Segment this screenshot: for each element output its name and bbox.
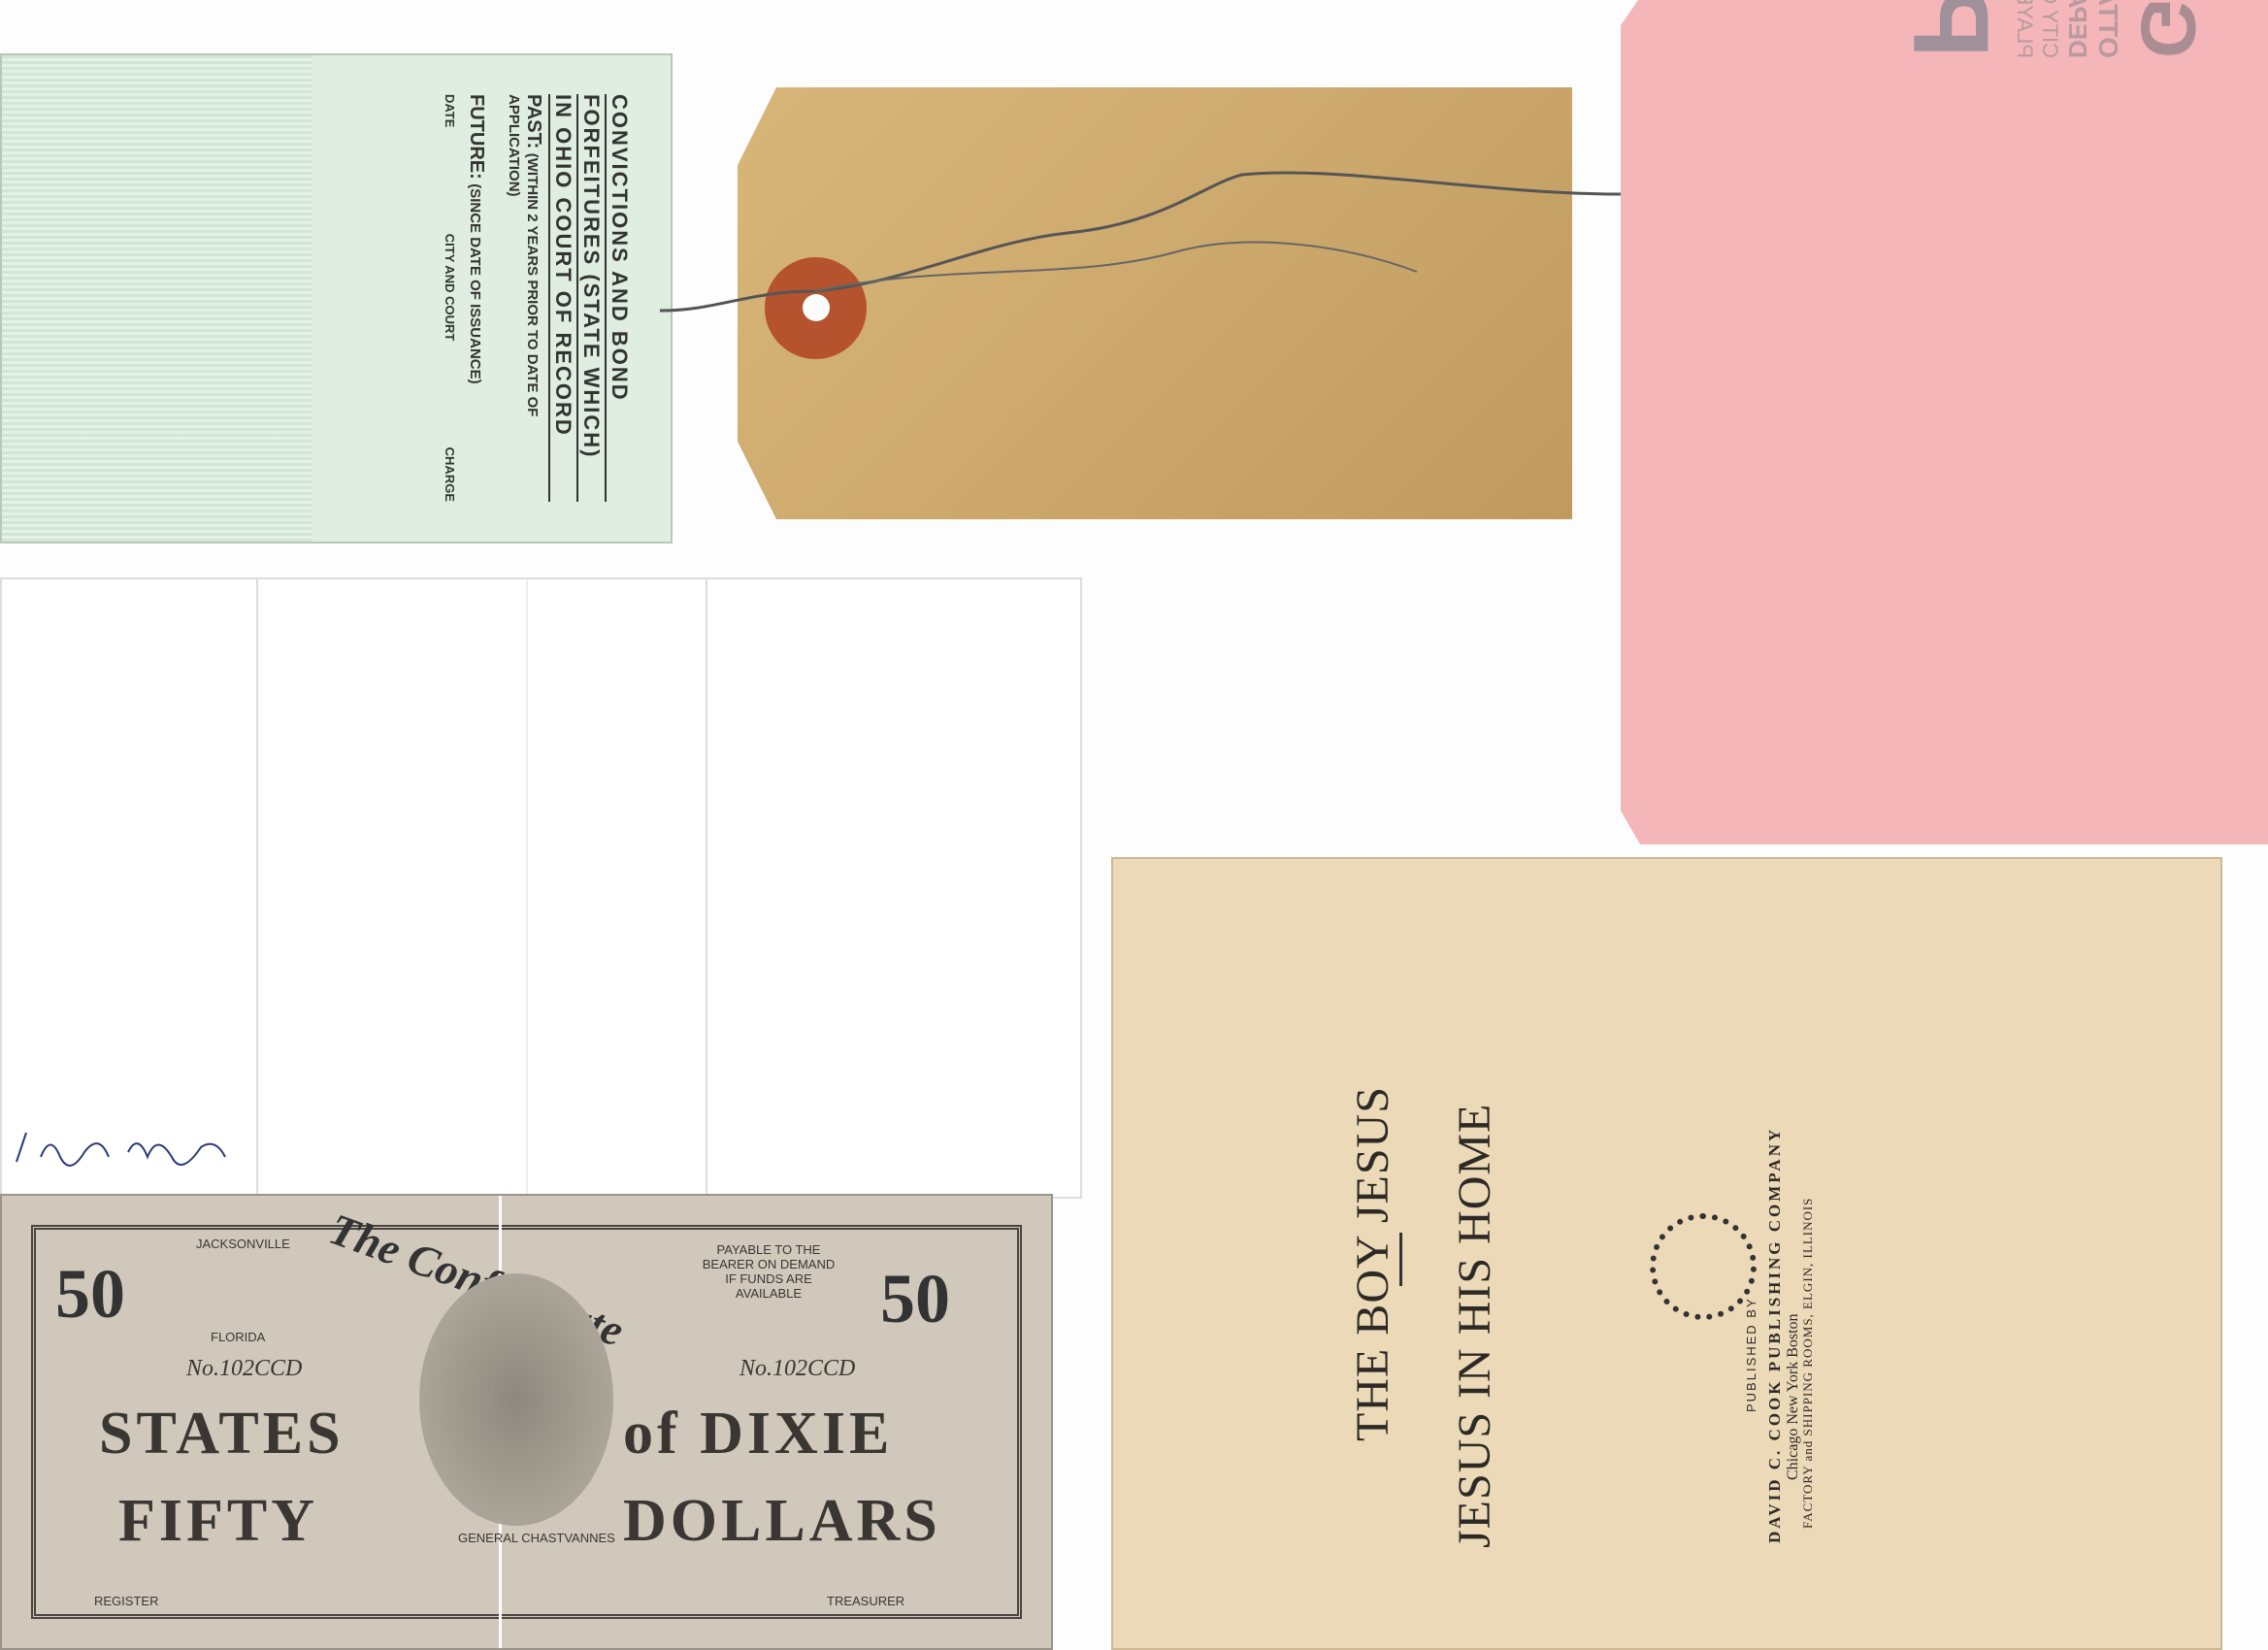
column-date: DATE xyxy=(443,94,457,127)
card-text-block: CONVICTIONS AND BOND FORFEITURES (STATE … xyxy=(371,94,633,502)
paid-stamp: PAID xyxy=(1889,0,2012,58)
treasurer-label: TREASURER xyxy=(827,1594,904,1608)
handwritten-signature xyxy=(12,1123,245,1181)
receipt-title: GOLF PERMIT xyxy=(2123,0,2213,58)
column-city-court: CITY AND COURT xyxy=(443,234,457,342)
past-label: PAST: xyxy=(523,94,544,148)
portrait-caption: GENERAL CHASTVANNES xyxy=(458,1531,615,1545)
future-label: FUTURE: xyxy=(466,94,487,180)
receipt-issuer-3: DEPARTMENT OF PUBLIC WELFARE xyxy=(2062,0,2092,58)
confederate-banknote: 50 50 JACKSONVILLE FLORIDA No.102CCD No.… xyxy=(0,1194,1053,1650)
general-portrait xyxy=(419,1273,613,1526)
booklet-title: THE BOY JESUS xyxy=(1346,1086,1399,1441)
title-divider xyxy=(1399,1233,1402,1286)
convictions-card: CONVICTIONS AND BOND FORFEITURES (STATE … xyxy=(0,53,673,544)
card-heading-line-2: FORFEITURES (STATE WHICH) xyxy=(576,94,605,502)
note-line1-left: STATES xyxy=(99,1400,345,1468)
receipt-course: OTTAWA PARK GOLF COURSE xyxy=(2092,0,2123,58)
card-heading-line-3: IN OHIO COURT OF RECORD xyxy=(548,94,576,502)
register-label: REGISTER xyxy=(94,1594,158,1608)
booklet-subtitle: JESUS IN HIS HOME xyxy=(1448,1104,1501,1548)
serial-right: No.102CCD xyxy=(740,1356,855,1382)
card-heading-line-1: CONVICTIONS AND BOND xyxy=(605,94,633,502)
fold-line xyxy=(256,579,258,1197)
payable-note: PAYABLE TO THE BEARER ON DEMAND IF FUNDS… xyxy=(701,1242,837,1301)
serial-left: No.102CCD xyxy=(186,1356,302,1382)
denomination-right: 50 xyxy=(880,1259,950,1339)
fold-line xyxy=(526,579,528,1197)
receipt-text-mirrored: GOLF PERMIT OTTAWA PARK GOLF COURSE DEPA… xyxy=(1889,0,2213,58)
column-charge: CHARGE xyxy=(443,447,457,502)
publisher-name: DAVID C. COOK PUBLISHING COMPANY xyxy=(1765,1127,1785,1543)
tag-wire xyxy=(660,165,1621,359)
receipt-issuer-1: PLAYER'S RECEIPT xyxy=(2012,0,2037,58)
note-line1-right: of DIXIE xyxy=(623,1400,893,1468)
factory-address: FACTORY and SHIPPING ROOMS, ELGIN, ILLIN… xyxy=(1800,1198,1816,1529)
receipt-issuer-2: CITY OF TOLEDO xyxy=(2037,0,2062,58)
note-line2-left: FIFTY xyxy=(118,1487,318,1556)
wreath-ornament-icon xyxy=(1650,1213,1757,1320)
note-city: JACKSONVILLE xyxy=(196,1237,290,1251)
folded-white-sheet xyxy=(0,577,1082,1199)
denomination-left: 50 xyxy=(55,1254,125,1335)
note-state: FLORIDA xyxy=(211,1330,265,1344)
card-security-pattern xyxy=(2,55,312,542)
fold-line xyxy=(706,579,707,1197)
future-note: (SINCE DATE OF ISSUANCE) xyxy=(467,183,483,383)
published-by: PUBLISHED BY xyxy=(1744,1297,1759,1412)
golf-permit-receipt: GOLF PERMIT OTTAWA PARK GOLF COURSE DEPA… xyxy=(1621,0,2268,844)
note-line2-right: DOLLARS xyxy=(623,1487,941,1556)
